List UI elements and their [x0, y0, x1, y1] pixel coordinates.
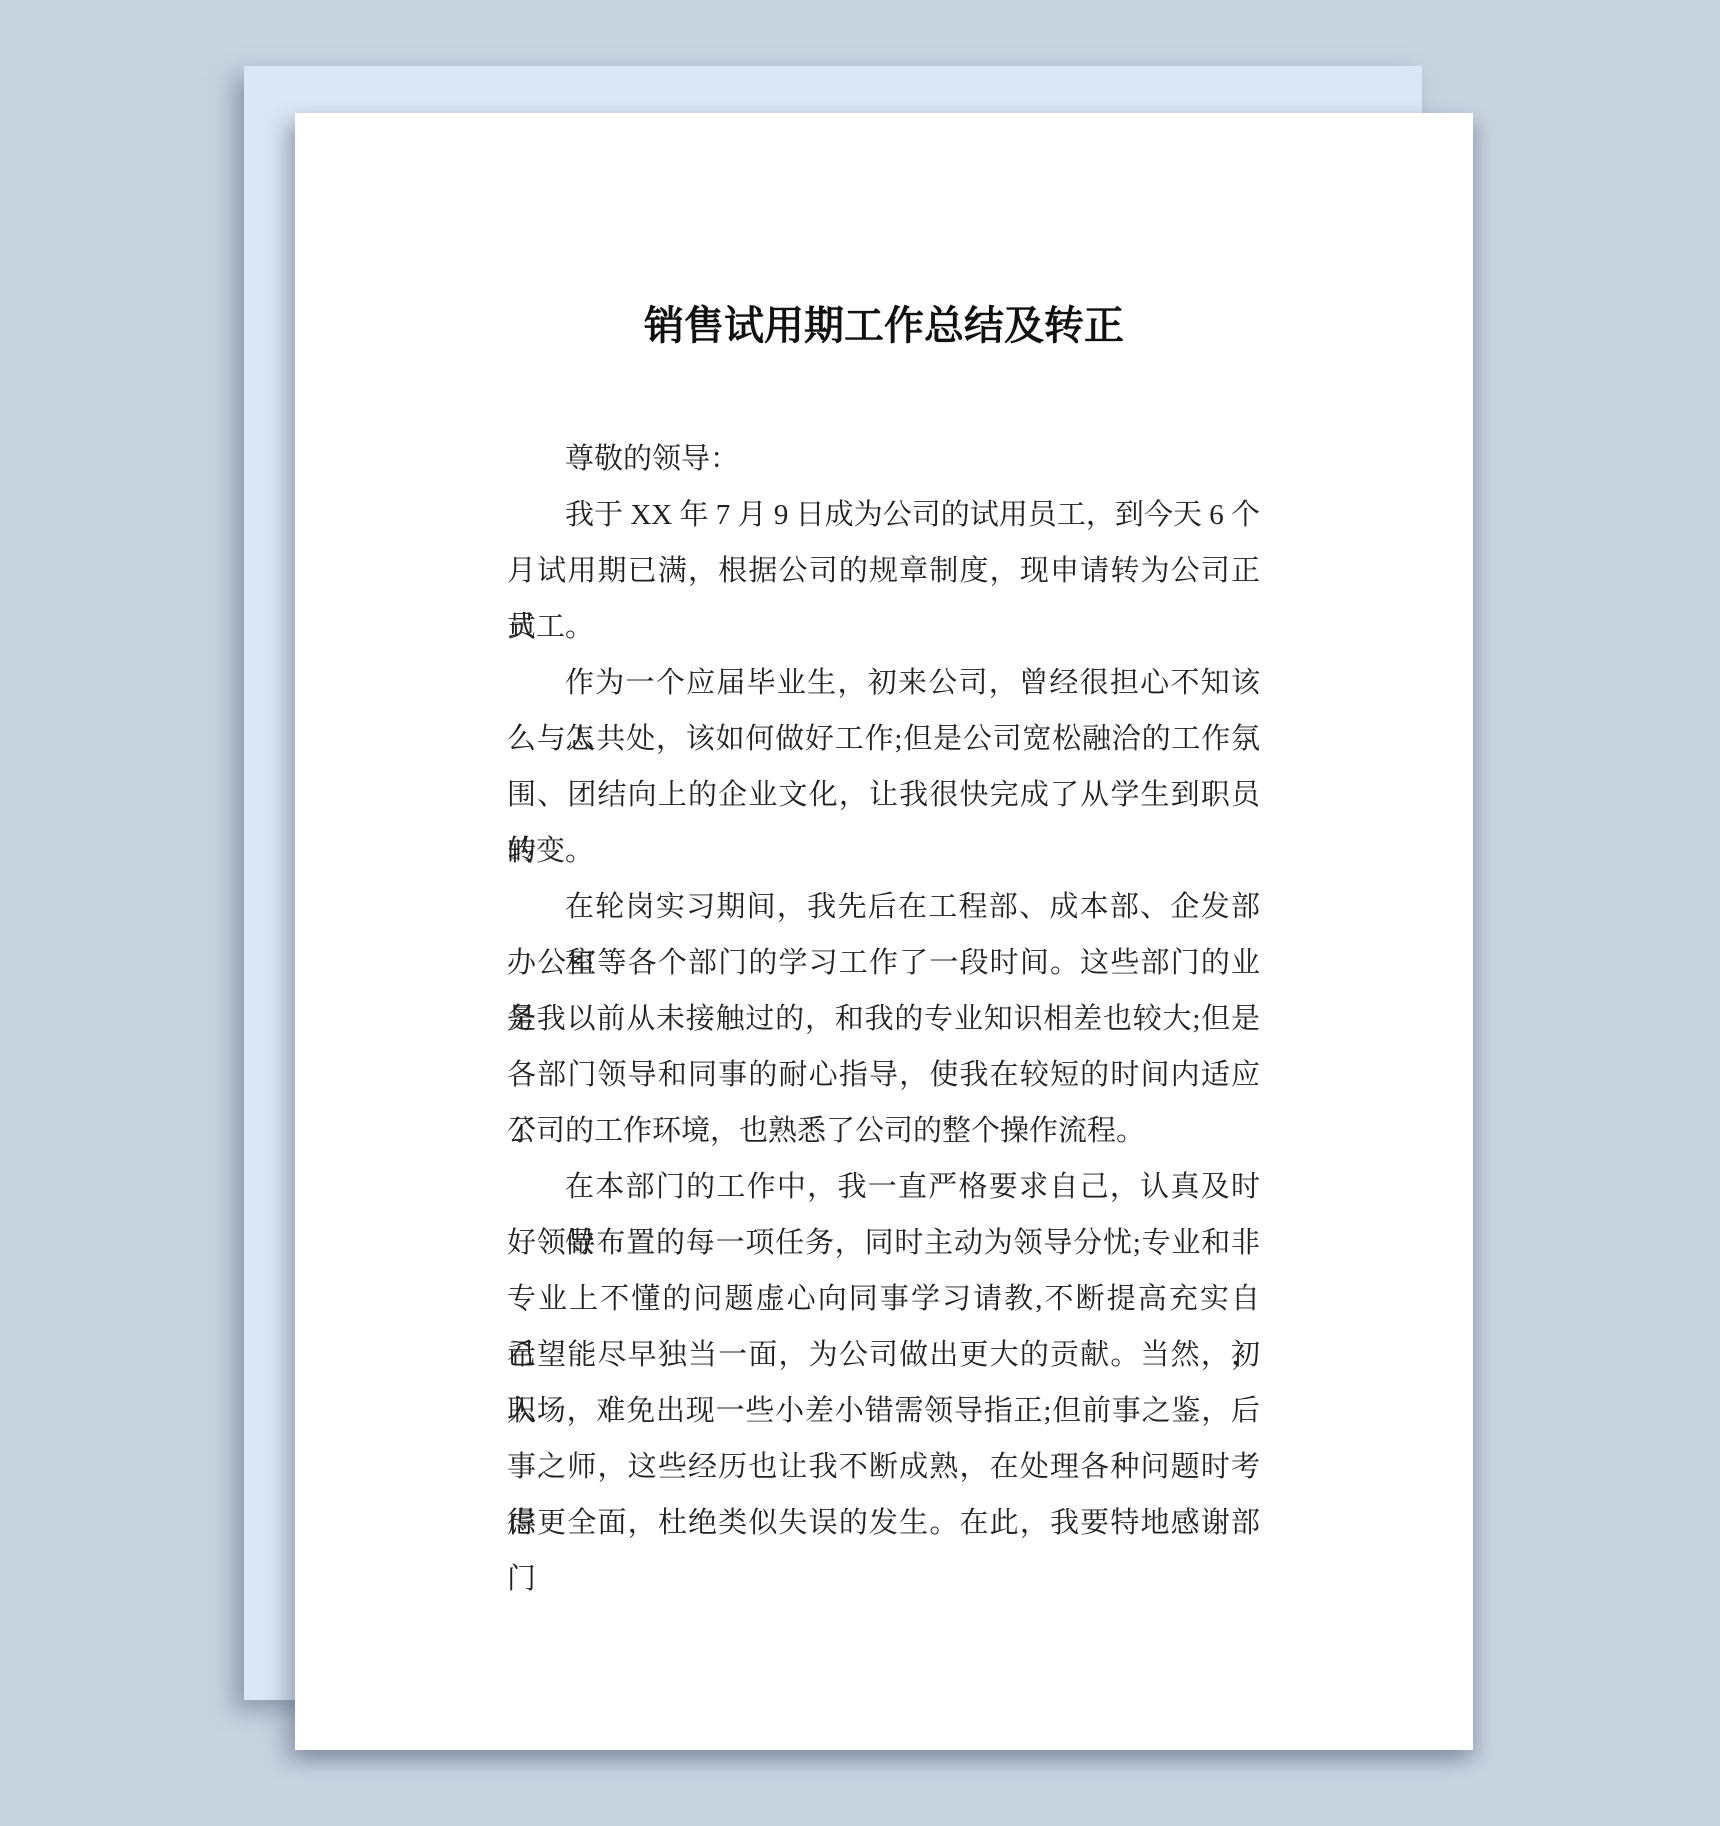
paragraph: 我于 XX 年 7 月 9 日成为公司的试用员工，到今天 6 个月试用期已满，根… — [507, 487, 1260, 655]
text-line: 事之师，这些经历也让我不断成熟，在处理各种问题时考虑 — [507, 1439, 1260, 1495]
text-line: 么与人共处，该如何做好工作;但是公司宽松融洽的工作氛 — [507, 711, 1260, 767]
document-body: 尊敬的领导：我于 XX 年 7 月 9 日成为公司的试用员工，到今天 6 个月试… — [507, 431, 1260, 1551]
text-line: 各部门领导和同事的耐心指导，使我在较短的时间内适应了 — [507, 1047, 1260, 1103]
text-line: 作为一个应届毕业生，初来公司，曾经很担心不知该怎 — [507, 655, 1260, 711]
text-line: 员工。 — [507, 599, 1260, 655]
text-line: 转变。 — [507, 823, 1260, 879]
paragraph: 在本部门的工作中，我一直严格要求自己，认真及时做好领导布置的每一项任务，同时主动… — [507, 1159, 1260, 1551]
document-page: 销售试用期工作总结及转正 尊敬的领导：我于 XX 年 7 月 9 日成为公司的试… — [295, 113, 1473, 1750]
text-line: 是我以前从未接触过的，和我的专业知识相差也较大;但是 — [507, 991, 1260, 1047]
document-title: 销售试用期工作总结及转正 — [295, 298, 1473, 354]
text-line: 希望能尽早独当一面，为公司做出更大的贡献。当然，初入 — [507, 1327, 1260, 1383]
text-line: 专业上不懂的问题虚心向同事学习请教,不断提高充实自己， — [507, 1271, 1260, 1327]
text-line: 尊敬的领导： — [507, 431, 1260, 487]
paragraph: 作为一个应届毕业生，初来公司，曾经很担心不知该怎么与人共处，该如何做好工作;但是… — [507, 655, 1260, 879]
text-line: 职场，难免出现一些小差小错需领导指正;但前事之鉴，后 — [507, 1383, 1260, 1439]
text-line: 在本部门的工作中，我一直严格要求自己，认真及时做 — [507, 1159, 1260, 1215]
text-line: 好领导布置的每一项任务，同时主动为领导分忧;专业和非 — [507, 1215, 1260, 1271]
text-line: 公司的工作环境，也熟悉了公司的整个操作流程。 — [507, 1103, 1260, 1159]
text-line: 围、团结向上的企业文化，让我很快完成了从学生到职员的 — [507, 767, 1260, 823]
text-line: 得更全面，杜绝类似失误的发生。在此，我要特地感谢部门 — [507, 1495, 1260, 1551]
paragraph: 在轮岗实习期间，我先后在工程部、成本部、企发部和办公室等各个部门的学习工作了一段… — [507, 879, 1260, 1159]
paragraph: 尊敬的领导： — [507, 431, 1260, 487]
text-line: 我于 XX 年 7 月 9 日成为公司的试用员工，到今天 6 个 — [507, 487, 1260, 543]
text-line: 在轮岗实习期间，我先后在工程部、成本部、企发部和 — [507, 879, 1260, 935]
text-line: 月试用期已满，根据公司的规章制度，现申请转为公司正式 — [507, 543, 1260, 599]
text-line: 办公室等各个部门的学习工作了一段时间。这些部门的业务 — [507, 935, 1260, 991]
